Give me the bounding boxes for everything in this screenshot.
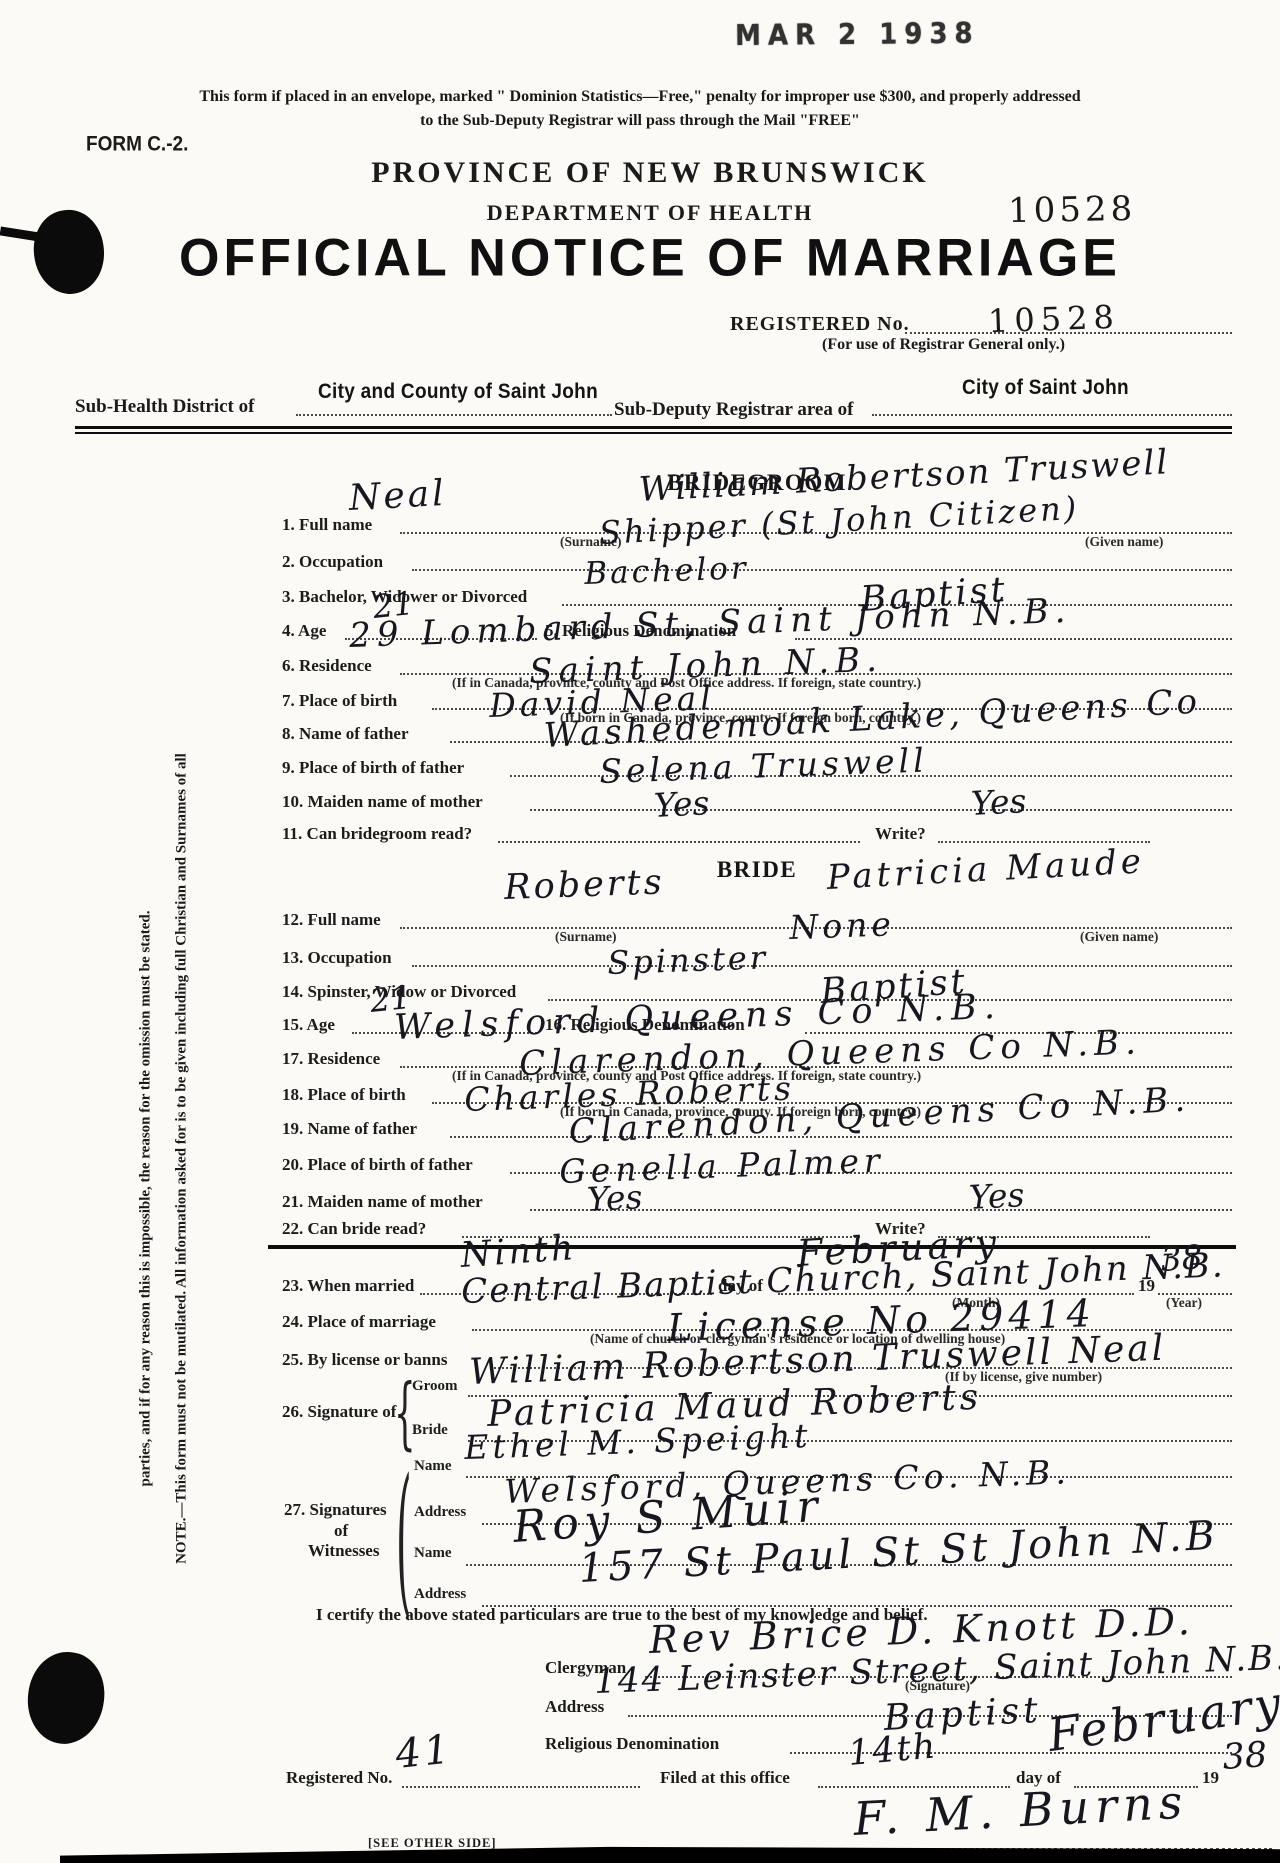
field-2-line xyxy=(412,567,1232,571)
field-12-label: 12. Full name xyxy=(282,910,381,930)
witness1-address-label: Address xyxy=(414,1504,466,1521)
field-15-label: 15. Age xyxy=(282,1015,335,1035)
field-2-label: 2. Occupation xyxy=(282,552,383,572)
scan-edge-bar xyxy=(60,1840,1280,1863)
form-number: FORM C.-2. xyxy=(86,133,188,157)
field-11-line xyxy=(498,839,860,843)
ink-blot-bottom xyxy=(23,1648,108,1747)
bride-can-write: Yes xyxy=(968,1175,1025,1217)
see-other-side-note: [SEE OTHER SIDE] xyxy=(368,1836,497,1851)
witness1-name-label: Name xyxy=(414,1458,452,1475)
filed-label: Filed at this office xyxy=(660,1768,790,1788)
field-7-label: 7. Place of birth xyxy=(282,691,397,711)
district-label: Sub-Health District of xyxy=(75,396,254,418)
field-9-label: 9. Place of birth of father xyxy=(282,758,464,778)
field-13-line xyxy=(412,963,1232,967)
field-1-given-caption: (Given name) xyxy=(1085,534,1163,550)
witness2-address-label: Address xyxy=(414,1586,466,1603)
field-27-label-line3: Witnesses xyxy=(308,1541,379,1561)
area-value-stamp: City of Saint John xyxy=(962,376,1129,401)
field-17-label: 17. Residence xyxy=(282,1049,380,1069)
document-title: OFFICIAL NOTICE OF MARRIAGE xyxy=(110,227,1190,288)
area-line xyxy=(872,412,1232,416)
field-23-label: 23. When married xyxy=(282,1276,414,1296)
field-11-label: 11. Can bridegroom read? xyxy=(282,824,472,844)
field-27-label-line1: 27. Signatures xyxy=(284,1500,387,1520)
field-23-year-caption: (Year) xyxy=(1166,1295,1202,1311)
field-10-line xyxy=(530,807,1232,811)
file-number-top: 10528 xyxy=(1008,189,1137,231)
field-20-label: 20. Place of birth of father xyxy=(282,1155,473,1175)
field-11-write-label: Write? xyxy=(875,824,926,844)
witness2-name-label: Name xyxy=(414,1545,452,1562)
field-13-label: 13. Occupation xyxy=(282,948,392,968)
field-6-label: 6. Residence xyxy=(282,656,372,676)
field-19-label: 19. Name of father xyxy=(282,1119,417,1139)
date-received-stamp: MAR 2 1938 xyxy=(735,17,980,52)
filed-day: 14th xyxy=(847,1726,939,1774)
mailing-notice-line1: This form if placed in an envelope, mark… xyxy=(40,88,1240,106)
side-note-line1: NOTE.—This form must not be mutilated. A… xyxy=(174,684,191,1634)
field-24-label: 24. Place of marriage xyxy=(282,1312,436,1332)
cert-registered-no: 41 xyxy=(393,1726,454,1778)
bride-given-name: Patricia Maude xyxy=(826,841,1146,898)
bride-occupation: None xyxy=(789,904,896,947)
cert-registered-label: Registered No. xyxy=(286,1768,392,1788)
field-12-surname-caption: (Surname) xyxy=(555,929,617,945)
bride-can-read: Yes xyxy=(586,1177,643,1219)
area-label: Sub-Deputy Registrar area of xyxy=(614,399,853,421)
marriage-divider xyxy=(268,1245,1236,1249)
ink-blot-top xyxy=(28,206,109,299)
bridegroom-can-read: Yes xyxy=(653,783,710,825)
registered-no-label: REGISTERED No. xyxy=(730,313,910,336)
field-18-label: 18. Place of birth xyxy=(282,1085,406,1105)
bridegroom-can-write: Yes xyxy=(970,781,1027,823)
bride-status: Spinster xyxy=(607,938,769,982)
district-line xyxy=(296,412,612,416)
filed-year: 38 xyxy=(1221,1735,1268,1778)
district-value-stamp: City and County of Saint John xyxy=(318,380,598,405)
field-22-label: 22. Can bride read? xyxy=(282,1219,426,1239)
field-12-given-caption: (Given name) xyxy=(1080,929,1158,945)
field-25-label: 25. By license or banns xyxy=(282,1350,447,1370)
province-heading: PROVINCE OF NEW BRUNSWICK xyxy=(140,156,1160,190)
bridegroom-surname: Neal xyxy=(348,473,448,519)
mailing-notice-line2: to the Sub-Deputy Registrar will pass th… xyxy=(40,112,1240,130)
document-page: MAR 2 1938 This form if placed in an env… xyxy=(0,0,1280,1863)
field-27-label-line2: of xyxy=(334,1521,348,1541)
registrar-general-note: (For use of Registrar General only.) xyxy=(822,336,1065,354)
field-4-label: 4. Age xyxy=(282,621,326,641)
header-divider xyxy=(75,426,1232,434)
field-26-groom-label: Groom xyxy=(412,1378,458,1395)
field-26-bride-label: Bride xyxy=(412,1422,448,1439)
field-21-label: 21. Maiden name of mother xyxy=(282,1192,483,1212)
registered-no-value: 10528 xyxy=(987,298,1120,341)
field-10-label: 10. Maiden name of mother xyxy=(282,792,483,812)
filed-year-prefix: 19 xyxy=(1202,1768,1219,1788)
field-8-label: 8. Name of father xyxy=(282,724,409,744)
field-26-label: 26. Signature of xyxy=(282,1402,396,1422)
bride-surname: Roberts xyxy=(504,862,666,908)
cert-registered-line xyxy=(402,1784,640,1788)
cert-religion-label: Religious Denomination xyxy=(545,1734,719,1754)
side-note-line2: parties, and if for any reason this is i… xyxy=(138,819,155,1579)
bridegroom-status: Bachelor xyxy=(584,550,750,592)
